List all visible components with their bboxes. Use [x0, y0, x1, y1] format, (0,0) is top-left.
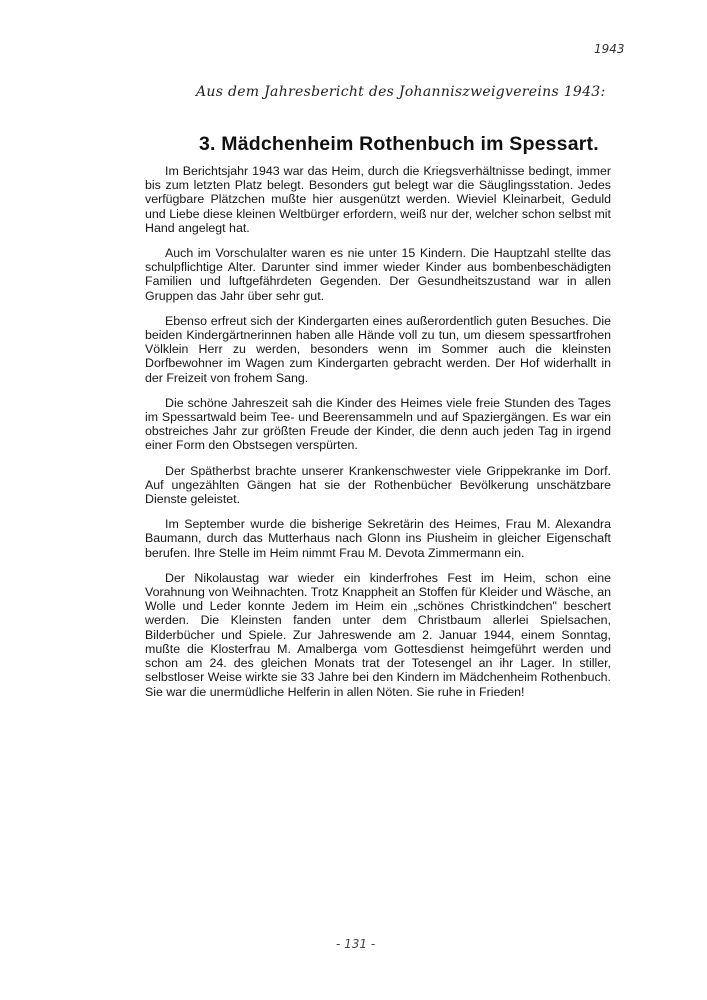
paragraph: Auch im Vorschulalter waren es nie unter… [145, 246, 611, 303]
page-number: - 131 - [336, 937, 375, 951]
handwritten-heading: Aus dem Jahresbericht des Johanniszweigv… [196, 84, 606, 100]
year-label: 1943 [594, 42, 625, 56]
article-title: 3. Mädchenheim Rothenbuch im Spessart. [199, 133, 599, 156]
paragraph: Im September wurde die bisherige Sekretä… [145, 517, 611, 560]
paragraph: Die schöne Jahreszeit sah die Kinder des… [145, 396, 611, 453]
paragraph: Der Nikolaustag war wieder ein kinderfro… [145, 571, 611, 699]
article-body: Im Berichtsjahr 1943 war das Heim, durch… [145, 164, 611, 710]
paragraph: Der Spätherbst brachte unserer Krankensc… [145, 464, 611, 507]
paragraph: Im Berichtsjahr 1943 war das Heim, durch… [145, 164, 611, 235]
paragraph: Ebenso erfreut sich der Kindergarten ein… [145, 314, 611, 385]
